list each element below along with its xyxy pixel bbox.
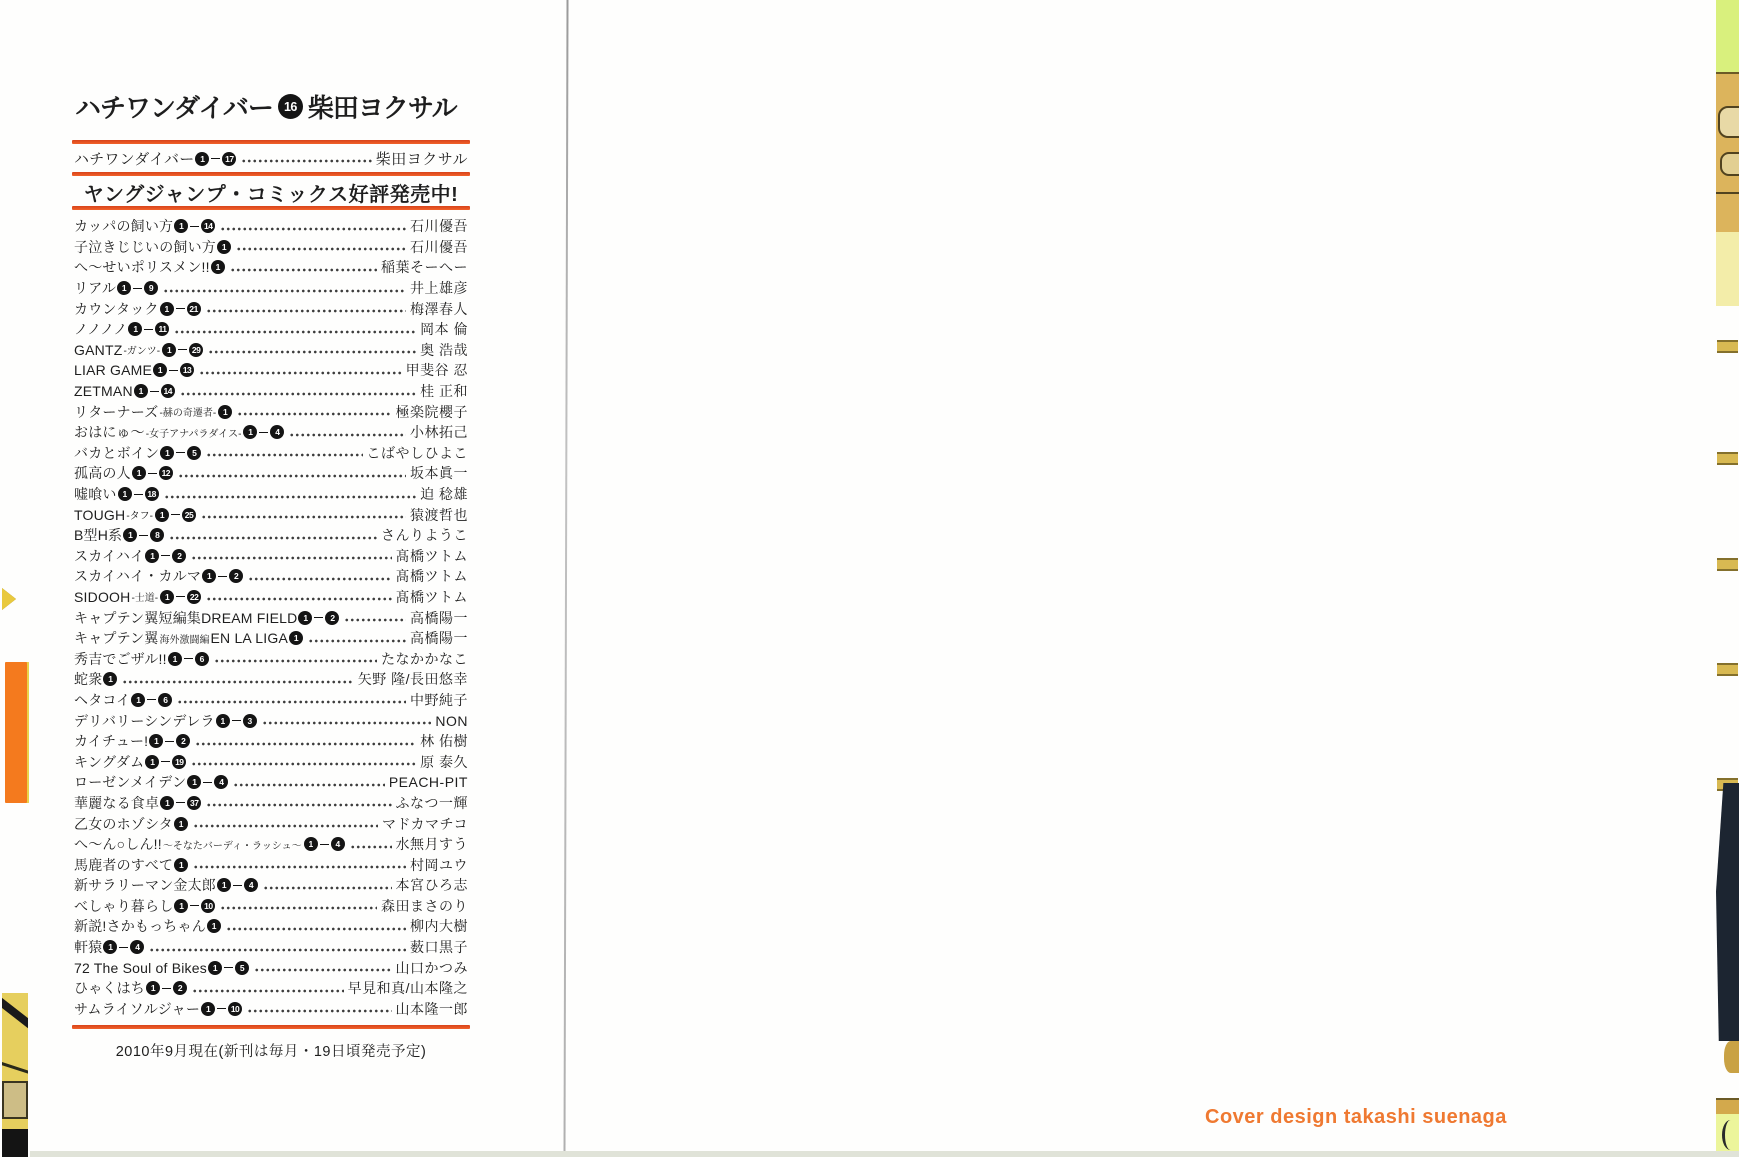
list-item: サムライソルジャー110山本隆一郎 <box>74 999 468 1020</box>
volume-dash <box>218 576 227 577</box>
volume-end-badge: 4 <box>214 775 228 789</box>
series-title: リターナーズ <box>74 402 159 422</box>
list-item: ローゼンメイデン14PEACH-PIT <box>74 772 468 793</box>
series-title: ノノノノ <box>74 319 127 339</box>
dotted-leader <box>220 227 406 231</box>
series-title: デリバリーシンデレラ <box>74 711 215 731</box>
volume-start-badge: 1 <box>103 940 117 954</box>
art-stripe <box>2 995 28 1035</box>
series-title: ヘタコイ <box>74 690 130 710</box>
volume-start-badge: 1 <box>207 919 221 933</box>
dotted-leader <box>122 680 353 684</box>
list-item: ノノノノ111岡本 倫 <box>74 319 468 340</box>
series-author: 小林拓己 <box>410 422 468 442</box>
volume-start-badge: 1 <box>216 714 230 728</box>
volume-dash <box>211 158 220 159</box>
series-author: 柴田ヨクサル <box>376 148 468 169</box>
series-title: LIAR GAME <box>74 362 152 378</box>
series-title: スカイハイ <box>74 546 144 566</box>
dotted-leader <box>178 474 406 478</box>
list-item: 蛇衆1矢野 隆/長田悠幸 <box>74 669 468 690</box>
volume-start-badge: 1 <box>187 775 201 789</box>
dotted-leader <box>206 597 391 601</box>
volume-dash <box>169 370 178 371</box>
series-author: 林 佑樹 <box>420 731 468 751</box>
volume-end-badge: 12 <box>159 466 173 480</box>
volume-end-badge: 18 <box>145 487 159 501</box>
series-title: 乙女のホゾシタ <box>74 814 173 834</box>
series-author: 髙橋ツトム <box>396 566 469 586</box>
art-blob <box>1718 106 1739 138</box>
series-author: 高橋陽一 <box>410 628 468 648</box>
series-subtitle: -女子アナパラダイス- <box>145 425 243 440</box>
list-item: デリバリーシンデレラ13NON <box>74 710 468 731</box>
list-item: 子泣きじじいの飼い方1石川優吾 <box>74 237 468 258</box>
series-subtitle: 海外激闘編 <box>159 631 211 646</box>
volume-end-badge: 5 <box>235 961 249 975</box>
series-author: 奥 浩哉 <box>420 340 468 360</box>
series-title: ハチワンダイバー <box>74 148 194 169</box>
right-edge-dash <box>1717 663 1738 676</box>
series-author: 本宮ひろ志 <box>396 875 469 895</box>
volume-dash <box>314 617 323 618</box>
list-item: おはにゅ〜-女子アナパラダイス-14小林拓己 <box>74 422 468 443</box>
right-edge-dash <box>1717 340 1738 353</box>
list-item: 馬鹿者のすべて1村岡ユウ <box>74 854 468 875</box>
series-title: へ〜せいポリスメン!! <box>74 257 210 277</box>
volume-start-badge: 1 <box>117 281 131 295</box>
volume-start-badge: 1 <box>208 961 222 975</box>
dotted-leader <box>220 906 377 910</box>
right-edge-dash <box>1717 558 1738 571</box>
series-title: 子泣きじじいの飼い方 <box>74 237 216 257</box>
series-title: ローゼンメイデン <box>74 772 186 792</box>
volume-dash <box>232 720 241 721</box>
right-edge-cover-art <box>1716 72 1739 236</box>
series-title: 嘘喰い <box>74 484 117 504</box>
volume-end-badge: 6 <box>158 693 172 707</box>
volume-dash <box>217 1008 226 1009</box>
volume-dash <box>139 535 148 536</box>
volume-end-badge: 2 <box>229 569 243 583</box>
series-author: 坂本眞一 <box>410 463 468 483</box>
series-title: 72 The Soul of Bikes <box>74 960 207 976</box>
volume-start-badge: 1 <box>146 981 160 995</box>
series-author: 迫 稔雄 <box>420 484 468 504</box>
list-item: ヘタコイ16中野純子 <box>74 690 468 711</box>
dotted-leader <box>208 350 416 354</box>
book-author: 柴田ヨクサル <box>308 88 457 125</box>
dotted-leader <box>237 412 391 416</box>
series-author: 稲葉そーへー <box>381 257 468 277</box>
dotted-leader <box>163 289 406 293</box>
volume-dash <box>224 967 233 968</box>
volume-end-badge: 22 <box>187 590 201 604</box>
volume-start-badge: 1 <box>298 611 312 625</box>
series-author: 髙橋ツトム <box>396 587 469 607</box>
volume-dash <box>161 555 170 556</box>
list-item: カイチュー!12林 佑樹 <box>74 731 468 752</box>
volume-dash <box>119 947 128 948</box>
series-title: 新説!さかもっちゃん <box>74 916 206 936</box>
list-item: 72 The Soul of Bikes15山口かつみ <box>74 957 468 978</box>
volume-end-badge: 13 <box>180 363 194 377</box>
list-item: 乙女のホゾシタ1マドカマチコ <box>74 813 468 834</box>
red-rule <box>72 1025 470 1029</box>
volume-start-badge: 1 <box>289 631 303 645</box>
list-item: SIDOOH-士道-122髙橋ツトム <box>74 587 468 608</box>
volume-start-badge: 1 <box>174 899 188 913</box>
volume-start-badge: 1 <box>123 528 137 542</box>
series-title: 新サラリーマン金太郎 <box>74 875 216 895</box>
volume-start-badge: 1 <box>145 755 159 769</box>
list-item: へ〜せいポリスメン!!1稲葉そーへー <box>74 257 468 278</box>
volume-dash <box>176 452 185 453</box>
volume-dash <box>320 844 329 845</box>
series-author: 矢野 隆/長田悠幸 <box>358 669 468 689</box>
list-item: GANTZ-ガンツ-129奥 浩哉 <box>74 340 468 361</box>
series-title: 秀吉でごザル!! <box>74 649 167 669</box>
series-title: ひゃくはち <box>74 978 145 998</box>
volume-start-badge: 1 <box>160 446 174 460</box>
volume-dash <box>176 308 185 309</box>
dotted-leader <box>206 803 391 807</box>
series-author: 井上雄彦 <box>410 278 468 298</box>
right-edge-navy-shape <box>1716 783 1739 1041</box>
volume-start-badge: 1 <box>174 219 188 233</box>
art-black-block <box>2 1129 28 1157</box>
series-author: たなかかなこ <box>381 649 468 669</box>
series-author: 柳内大樹 <box>410 916 468 936</box>
list-item: スカイハイ・カルマ12髙橋ツトム <box>74 566 468 587</box>
series-title: バカとボイン <box>74 443 159 463</box>
series-author: 極楽院櫻子 <box>396 402 469 422</box>
list-item: TOUGH-タフ-125猿渡哲也 <box>74 504 468 525</box>
volume-dash <box>203 782 212 783</box>
series-author: 梅澤春人 <box>410 299 468 319</box>
volume-start-badge: 1 <box>217 240 231 254</box>
volume-end-badge: 17 <box>222 152 236 166</box>
volume-start-badge: 1 <box>149 734 163 748</box>
red-rule <box>72 206 470 210</box>
volume-start-badge: 1 <box>201 1002 215 1016</box>
volume-start-badge: 1 <box>131 693 145 707</box>
list-item: キャプテン翼短編集DREAM FIELD12高橋陽一 <box>74 607 468 628</box>
art-line <box>1716 192 1739 194</box>
dotted-leader <box>180 392 416 396</box>
volume-end-badge: 25 <box>182 508 196 522</box>
volume-start-badge: 1 <box>128 322 142 336</box>
volume-end-badge: 10 <box>228 1002 242 1016</box>
volume-end-badge: 10 <box>201 899 215 913</box>
dotted-leader <box>344 618 406 622</box>
series-title: スカイハイ・カルマ <box>74 566 201 586</box>
dotted-leader <box>226 927 406 931</box>
dotted-leader <box>289 433 406 437</box>
volume-end-badge: 2 <box>172 549 186 563</box>
volume-end-badge: 4 <box>130 940 144 954</box>
series-title: カッパの飼い方 <box>74 216 173 236</box>
volume-end-badge: 4 <box>331 837 345 851</box>
volume-dash <box>233 885 242 886</box>
series-author: 山本隆一郎 <box>396 999 469 1019</box>
list-item: へ〜ん○しん!!〜そなたバーディ・ラッシュ〜14水無月すう <box>74 834 468 855</box>
dotted-leader <box>195 742 416 746</box>
dotted-leader <box>174 330 416 334</box>
volume-start-badge: 1 <box>195 152 209 166</box>
series-subtitle: -士道- <box>130 589 159 604</box>
art-stripe <box>2 1059 28 1077</box>
dotted-leader <box>193 865 406 869</box>
series-list: カッパの飼い方114石川優吾子泣きじじいの飼い方1石川優吾へ〜せいポリスメン!!… <box>74 216 468 1019</box>
list-item: ひゃくはち12早見和真/山本隆之 <box>74 978 468 999</box>
right-edge-tan-blob <box>1724 1041 1739 1073</box>
dotted-leader <box>236 247 406 251</box>
volume-dash <box>165 741 174 742</box>
cover-design-credit: Cover design takashi suenaga <box>1205 1106 1507 1129</box>
volume-dash <box>133 288 142 289</box>
volume-end-badge: 37 <box>187 796 201 810</box>
dotted-leader <box>263 886 392 890</box>
volume-end-badge: 4 <box>270 425 284 439</box>
series-title: B型H系 <box>74 525 122 545</box>
list-item: 新サラリーマン金太郎14本宮ひろ志 <box>74 875 468 896</box>
series-author: 早見和真/山本隆之 <box>348 978 468 998</box>
list-item: 軒猿14薮口黒子 <box>74 937 468 958</box>
list-item: 孤高の人112坂本眞一 <box>74 463 468 484</box>
series-title: おはにゅ〜 <box>74 422 145 442</box>
list-item: スカイハイ12髙橋ツトム <box>74 546 468 567</box>
series-title: ZETMAN <box>74 383 133 399</box>
volume-end-badge: 11 <box>155 322 169 336</box>
bottom-left-cover-art <box>2 993 28 1157</box>
volume-start-badge: 1 <box>155 508 169 522</box>
publication-note: 2010年9月現在(新刊は毎月・19日頃発売予定) <box>72 1040 470 1061</box>
dotted-leader <box>169 536 377 540</box>
volume-start-badge: 1 <box>217 878 231 892</box>
dotted-leader <box>350 845 392 849</box>
list-item: べしゃり暮らし110森田まさのり <box>74 896 468 917</box>
series-title: 孤高の人 <box>74 463 131 483</box>
right-edge-dash <box>1717 452 1738 465</box>
list-item: リターナーズ-赫の奇遷者-1極楽院櫻子 <box>74 401 468 422</box>
list-item: 嘘喰い118迫 稔雄 <box>74 484 468 505</box>
volume-start-badge: 1 <box>174 817 188 831</box>
volume-dash <box>171 514 180 515</box>
volume-start-badge: 1 <box>162 343 176 357</box>
series-title: EN LA LIGA <box>211 630 288 646</box>
series-author: 桂 正和 <box>420 381 468 401</box>
series-title: べしゃり暮らし <box>74 896 173 916</box>
series-title: 馬鹿者のすべて <box>74 855 173 875</box>
list-item: バカとボイン15こばやしひよこ <box>74 443 468 464</box>
series-title: リアル <box>74 278 116 298</box>
series-author: さんりようこ <box>381 525 468 545</box>
list-item: B型H系18さんりようこ <box>74 525 468 546</box>
dotted-leader <box>262 721 432 725</box>
volume-end-badge: 9 <box>144 281 158 295</box>
volume-badge: 16 <box>278 94 303 119</box>
series-author: 原 泰久 <box>420 752 468 772</box>
series-author: 甲斐谷 忍 <box>406 360 468 380</box>
series-author: 水無月すう <box>396 834 469 854</box>
volume-dash <box>161 761 170 762</box>
volume-end-badge: 14 <box>161 384 175 398</box>
series-subtitle: -赫の奇遷者- <box>159 404 218 419</box>
dotted-leader <box>254 968 392 972</box>
volume-end-badge: 8 <box>150 528 164 542</box>
volume-start-badge: 1 <box>132 466 146 480</box>
volume-start-badge: 1 <box>160 796 174 810</box>
volume-end-badge: 29 <box>189 343 203 357</box>
volume-dash <box>190 905 199 906</box>
volume-dash <box>162 988 171 989</box>
series-title: サムライソルジャー <box>74 999 200 1019</box>
list-item: 秀吉でごザル!!16たなかかなこ <box>74 648 468 669</box>
volume-start-badge: 1 <box>174 858 188 872</box>
volume-dash <box>184 658 193 659</box>
series-author: 石川優吾 <box>410 237 468 257</box>
volume-start-badge: 1 <box>304 837 318 851</box>
dotted-leader <box>206 453 362 457</box>
volume-start-badge: 1 <box>145 549 159 563</box>
dotted-leader <box>177 700 406 704</box>
header-series-row: ハチワンダイバー 1 17 柴田ヨクサル <box>74 147 468 170</box>
series-title: 軒猿 <box>74 937 102 957</box>
series-subtitle: -タフ- <box>125 507 154 522</box>
series-author: 髙橋ツトム <box>396 546 469 566</box>
art-blob <box>1720 152 1739 176</box>
volume-start-badge: 1 <box>103 672 117 686</box>
volume-end-badge: 3 <box>243 714 257 728</box>
series-author: 薮口黒子 <box>410 937 468 957</box>
series-author: マドカマチコ <box>382 814 468 834</box>
series-title: TOUGH <box>74 507 125 523</box>
volume-dash <box>176 596 185 597</box>
right-edge-pale-strip <box>1716 232 1739 306</box>
red-rule <box>72 140 470 144</box>
series-title: キャプテン翼短編集DREAM FIELD <box>74 608 297 628</box>
volume-start-badge: 1 <box>218 405 232 419</box>
dotted-leader <box>247 1009 391 1013</box>
volume-end-badge: 2 <box>325 611 339 625</box>
dotted-leader <box>241 159 371 163</box>
volume-dash <box>144 329 153 330</box>
volume-start-badge: 1 <box>118 487 132 501</box>
dotted-leader <box>199 371 402 375</box>
volume-dash <box>190 226 199 227</box>
art-patch <box>2 1081 28 1119</box>
series-subtitle: 〜そなたバーディ・ラッシュ〜 <box>162 837 303 852</box>
series-title: カイチュー! <box>74 731 148 751</box>
volume-end-badge: 2 <box>173 981 187 995</box>
series-author: PEACH-PIT <box>389 774 468 790</box>
dotted-leader <box>230 268 377 272</box>
series-author: NON <box>435 713 468 729</box>
scan-bottom-edge <box>30 1151 1739 1157</box>
series-title: へ〜ん○しん!! <box>74 834 162 854</box>
volume-dash <box>147 699 156 700</box>
series-title: キャプテン翼 <box>74 628 159 648</box>
right-edge-green-strip <box>1716 0 1739 72</box>
dotted-leader <box>192 989 344 993</box>
volume-end-badge: 21 <box>187 302 201 316</box>
series-author: 村岡ユウ <box>410 855 468 875</box>
volume-dash <box>148 473 157 474</box>
dotted-leader <box>233 783 384 787</box>
list-item: 新説!さかもっちゃん1柳内大樹 <box>74 916 468 937</box>
list-item: キングダム119原 泰久 <box>74 751 468 772</box>
list-item: カッパの飼い方114石川優吾 <box>74 216 468 237</box>
dotted-leader <box>191 762 416 766</box>
volume-start-badge: 1 <box>211 260 225 274</box>
dotted-leader <box>201 515 406 519</box>
series-author: こばやしひよこ <box>367 443 469 463</box>
list-item: リアル19井上雄彦 <box>74 278 468 299</box>
list-item: LIAR GAME113甲斐谷 忍 <box>74 360 468 381</box>
volume-dash <box>259 432 268 433</box>
volume-end-badge: 5 <box>187 446 201 460</box>
volume-start-badge: 1 <box>243 425 257 439</box>
series-author: ふなつ一輝 <box>396 793 469 813</box>
series-subtitle: -ガンツ- <box>122 342 161 357</box>
dotted-leader <box>164 495 417 499</box>
series-title: カウンタック <box>74 299 159 319</box>
series-author: 猿渡哲也 <box>410 505 468 525</box>
series-title: キングダム <box>74 752 144 772</box>
dotted-leader <box>206 309 406 313</box>
series-title: GANTZ <box>74 342 122 358</box>
volume-dash <box>150 391 159 392</box>
volume-start-badge: 1 <box>153 363 167 377</box>
arrow-right-icon <box>2 588 16 610</box>
volume-end-badge: 2 <box>176 734 190 748</box>
dotted-leader <box>308 639 406 643</box>
volume-end-badge: 4 <box>244 878 258 892</box>
volume-start-badge: 1 <box>160 302 174 316</box>
right-edge-art-curve <box>1722 1120 1739 1150</box>
dotted-leader <box>248 577 391 581</box>
volume-start-badge: 1 <box>134 384 148 398</box>
series-author: 高橋陽一 <box>410 608 468 628</box>
volume-dash <box>134 494 143 495</box>
volume-dash <box>178 349 187 350</box>
volume-start-badge: 1 <box>160 590 174 604</box>
volume-end-badge: 6 <box>195 652 209 666</box>
dotted-leader <box>191 556 391 560</box>
dotted-leader <box>193 824 378 828</box>
red-rule <box>72 172 470 176</box>
series-author: 森田まさのり <box>381 896 468 916</box>
volume-end-badge: 19 <box>172 755 186 769</box>
series-author: 岡本 倫 <box>420 319 468 339</box>
series-author: 石川優吾 <box>410 216 468 236</box>
book-title-text: ハチワンダイバー <box>75 88 273 125</box>
series-author: 山口かつみ <box>396 958 469 978</box>
volume-end-badge: 14 <box>201 219 215 233</box>
series-title: SIDOOH <box>74 589 130 605</box>
orange-edge-bar <box>5 662 29 803</box>
volume-start-badge: 1 <box>168 652 182 666</box>
list-item: キャプテン翼海外激闘編EN LA LIGA1高橋陽一 <box>74 628 468 649</box>
series-title: 蛇衆 <box>74 669 102 689</box>
page-gutter-line <box>563 0 568 1157</box>
dotted-leader <box>149 948 406 952</box>
book-title: ハチワンダイバー16柴田ヨクサル <box>75 88 470 125</box>
sales-banner: ヤングジャンプ・コミックス好評発売中! <box>72 178 470 205</box>
list-item: カウンタック121梅澤春人 <box>74 298 468 319</box>
list-item: ZETMAN114桂 正和 <box>74 381 468 402</box>
